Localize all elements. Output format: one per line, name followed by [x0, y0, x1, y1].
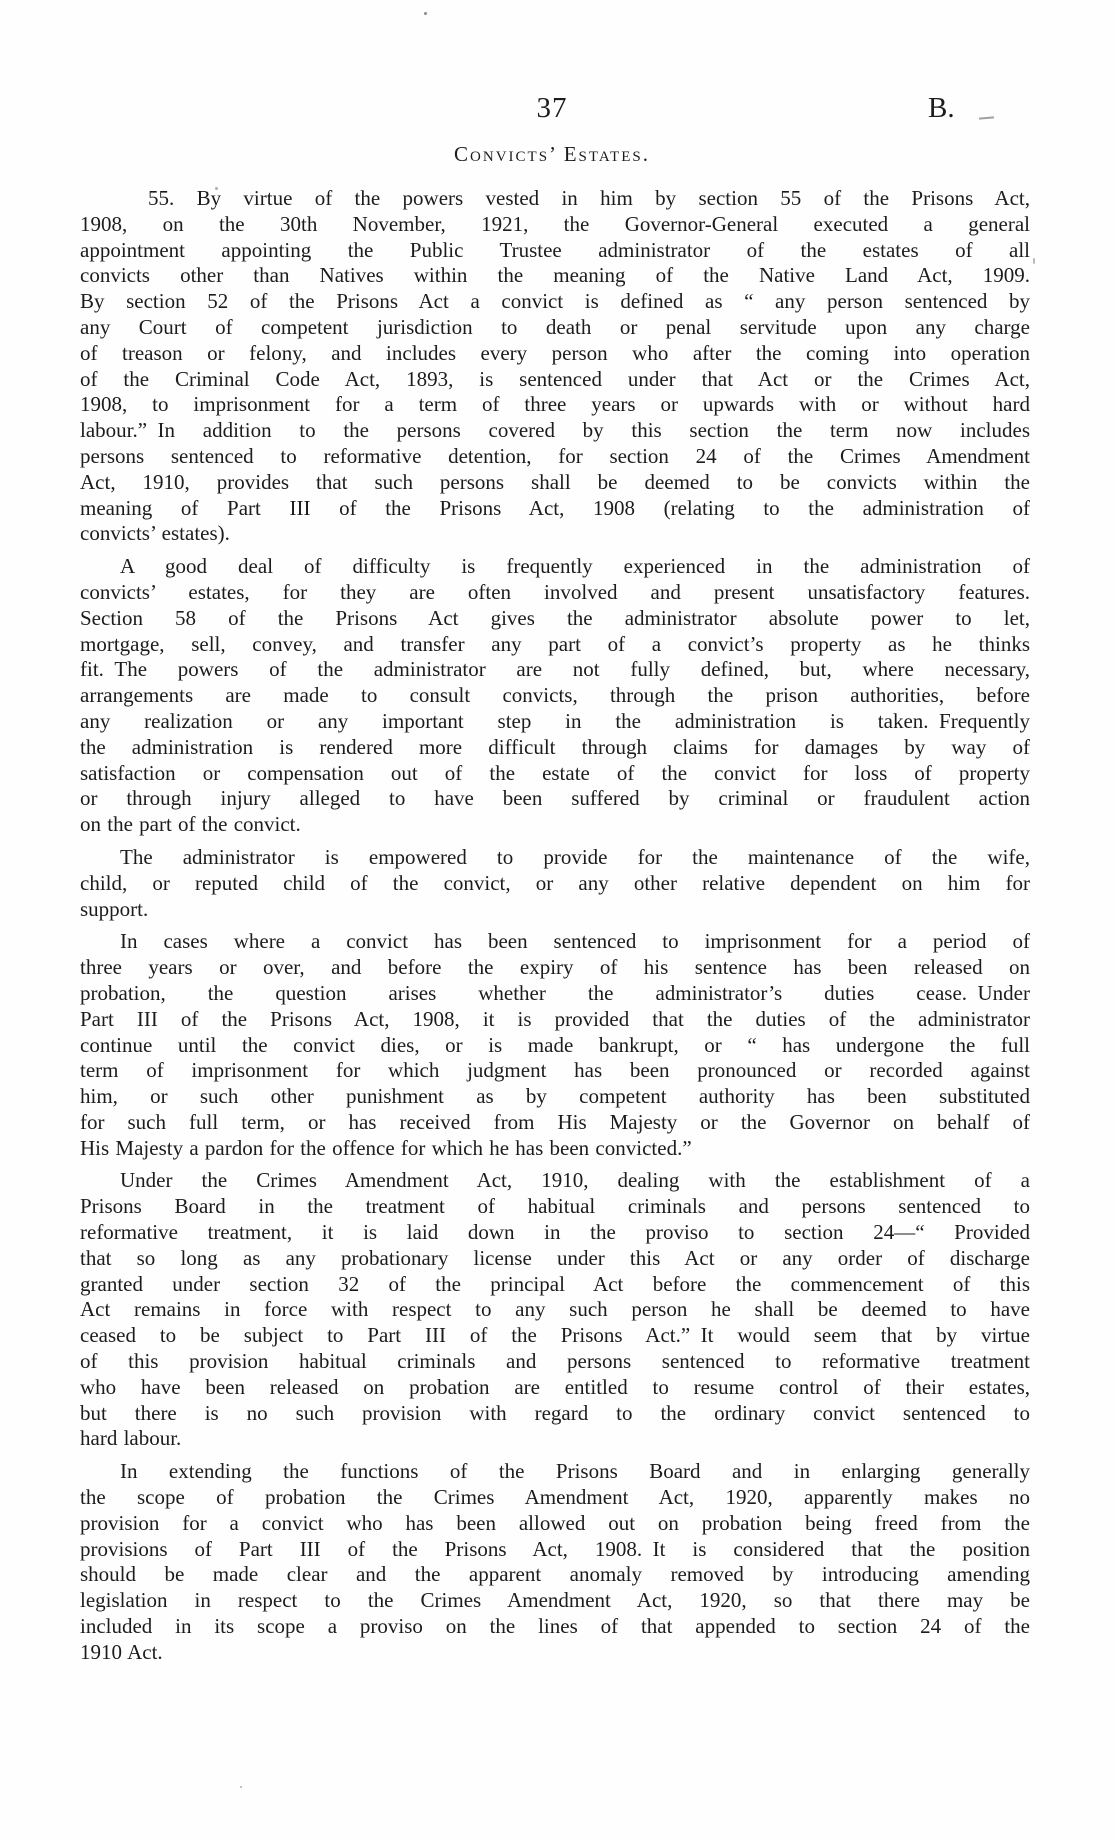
scan-speck — [1033, 258, 1035, 264]
text-line: that so long as any probationary license… — [80, 1246, 1030, 1272]
scan-speck — [215, 187, 218, 190]
text-line: but there is no such provision with rega… — [80, 1401, 1030, 1427]
text-line: should be made clear and the apparent an… — [80, 1562, 1030, 1588]
text-line: satisfaction or compensation out of the … — [80, 761, 1030, 787]
text-line: mortgage, sell, convey, and transfer any… — [80, 632, 1030, 658]
text-line: legislation in respect to the Crimes Ame… — [80, 1588, 1030, 1614]
text-line: term of imprisonment for which judgment … — [80, 1058, 1030, 1084]
text-line: The administrator is empowered to provid… — [80, 845, 1030, 871]
document-body: 55. By virtue of the powers vested in hi… — [80, 186, 1030, 1673]
text-line: the administration is rendered more diff… — [80, 735, 1030, 761]
text-line: arrangements are made to consult convict… — [80, 683, 1030, 709]
text-line: for such full term, or has received from… — [80, 1110, 1030, 1136]
paragraph: In extending the functions of the Prison… — [80, 1459, 1030, 1665]
text-line: meaning of Part III of the Prisons Act, … — [80, 496, 1030, 522]
text-line: on the part of the convict. — [80, 812, 1030, 838]
text-line: In cases where a convict has been senten… — [80, 929, 1030, 955]
text-line: Section 58 of the Prisons Act gives the … — [80, 606, 1030, 632]
text-line: provision for a convict who has been all… — [80, 1511, 1030, 1537]
text-line: three years or over, and before the expi… — [80, 955, 1030, 981]
text-line: of this provision habitual criminals and… — [80, 1349, 1030, 1375]
text-line: who have been released on probation are … — [80, 1375, 1030, 1401]
text-line: or through injury alleged to have been s… — [80, 786, 1030, 812]
paragraph: 55. By virtue of the powers vested in hi… — [80, 186, 1030, 547]
text-line: any realization or any important step in… — [80, 709, 1030, 735]
text-line: child, or reputed child of the convict, … — [80, 871, 1030, 897]
text-line: any Court of competent jurisdiction to d… — [80, 315, 1030, 341]
text-line: continue until the convict dies, or is m… — [80, 1033, 1030, 1059]
text-line: Part III of the Prisons Act, 1908, it is… — [80, 1007, 1030, 1033]
scan-speck — [240, 1786, 242, 1788]
text-line: 1910 Act. — [80, 1640, 1030, 1666]
page-title: Convicts’ Estates. — [0, 141, 1104, 167]
text-line: convicts other than Natives within the m… — [80, 263, 1030, 289]
text-line: support. — [80, 897, 1030, 923]
scan-speck — [424, 12, 427, 15]
text-line: persons sentenced to reformative detenti… — [80, 444, 1030, 470]
text-line: the scope of probation the Crimes Amendm… — [80, 1485, 1030, 1511]
text-line: granted under section 32 of the principa… — [80, 1272, 1030, 1298]
text-line: ceased to be subject to Part III of the … — [80, 1323, 1030, 1349]
text-line: him, or such other punishment as by comp… — [80, 1084, 1030, 1110]
text-line: provisions of Part III of the Prisons Ac… — [80, 1537, 1030, 1563]
text-line: appointment appointing the Public Truste… — [80, 238, 1030, 264]
text-line: His Majesty a pardon for the offence for… — [80, 1136, 1030, 1162]
text-line: hard labour. — [80, 1426, 1030, 1452]
paragraph: A good deal of difficulty is frequently … — [80, 554, 1030, 838]
text-line: of the Criminal Code Act, 1893, is sente… — [80, 367, 1030, 393]
text-line: of treason or felony, and includes every… — [80, 341, 1030, 367]
text-line: Under the Crimes Amendment Act, 1910, de… — [80, 1168, 1030, 1194]
document-page: 37 B. Convicts’ Estates. 55. By virtue o… — [0, 0, 1114, 1841]
text-line: 1908, on the 30th November, 1921, the Go… — [80, 212, 1030, 238]
text-line: In extending the functions of the Prison… — [80, 1459, 1030, 1485]
text-line: A good deal of difficulty is frequently … — [80, 554, 1030, 580]
paragraph: In cases where a convict has been senten… — [80, 929, 1030, 1161]
text-line: By section 52 of the Prisons Act a convi… — [80, 289, 1030, 315]
text-line: 55. By virtue of the powers vested in hi… — [80, 186, 1030, 212]
text-line: included in its scope a proviso on the l… — [80, 1614, 1030, 1640]
text-line: Prisons Board in the treatment of habitu… — [80, 1194, 1030, 1220]
text-line: 1908, to imprisonment for a term of thre… — [80, 392, 1030, 418]
text-line: convicts’ estates). — [80, 521, 1030, 547]
section-letter: B. — [928, 92, 955, 124]
text-line: probation, the question arises whether t… — [80, 981, 1030, 1007]
text-line: Act remains in force with respect to any… — [80, 1297, 1030, 1323]
paragraph: Under the Crimes Amendment Act, 1910, de… — [80, 1168, 1030, 1452]
text-line: labour.” In addition to the persons cove… — [80, 418, 1030, 444]
paragraph: The administrator is empowered to provid… — [80, 845, 1030, 922]
text-line: reformative treatment, it is laid down i… — [80, 1220, 1030, 1246]
text-line: Act, 1910, provides that such persons sh… — [80, 470, 1030, 496]
text-line: fit. The powers of the administrator are… — [80, 657, 1030, 683]
text-line: convicts’ estates, for they are often in… — [80, 580, 1030, 606]
